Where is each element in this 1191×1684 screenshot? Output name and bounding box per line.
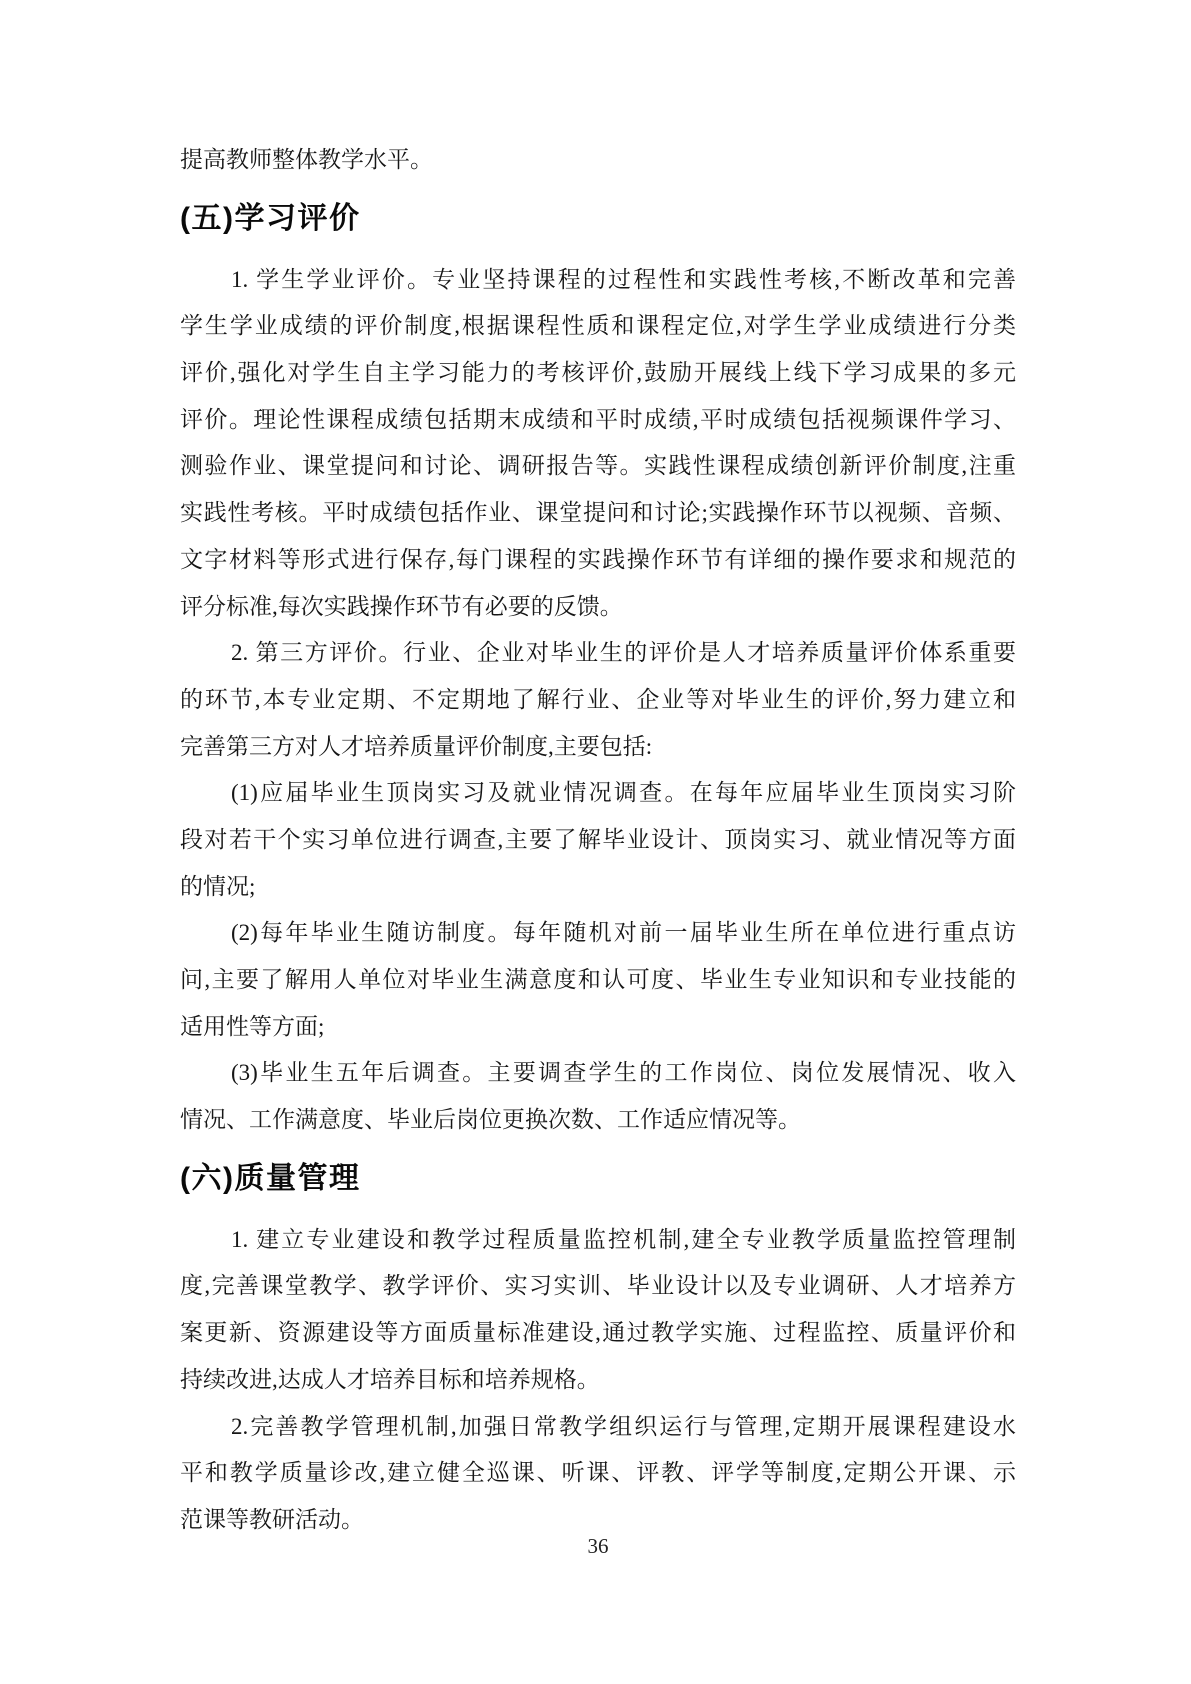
document-page: 提高教师整体教学水平。(五)学习评价1. 学生学业评价。专业坚持课程的过程性和实… [0, 0, 1191, 1684]
text-line: 测验作业、课堂提问和讨论、调研报告等。实践性课程成绩创新评价制度,注重 [180, 443, 1016, 490]
page-footer: 36 [180, 1531, 1016, 1561]
document-body: 提高教师整体教学水平。(五)学习评价1. 学生学业评价。专业坚持课程的过程性和实… [180, 137, 1016, 1544]
text-line: 案更新、资源建设等方面质量标准建设,通过教学实施、过程监控、质量评价和 [180, 1310, 1016, 1357]
text-line: 2.完善教学管理机制,加强日常教学组织运行与管理,定期开展课程建设水 [180, 1404, 1016, 1451]
text-line: 评价。理论性课程成绩包括期末成绩和平时成绩,平时成绩包括视频课件学习、 [180, 397, 1016, 444]
text-line: (2)每年毕业生随访制度。每年随机对前一届毕业生所在单位进行重点访 [180, 910, 1016, 957]
text-line: 的情况; [180, 864, 1016, 911]
text-line: 实践性考核。平时成绩包括作业、课堂提问和讨论;实践操作环节以视频、音频、 [180, 490, 1016, 537]
text-line: 1. 建立专业建设和教学过程质量监控机制,建全专业教学质量监控管理制 [180, 1217, 1016, 1264]
text-line: 评价,强化对学生自主学习能力的考核评价,鼓励开展线上线下学习成果的多元 [180, 350, 1016, 397]
text-line: 度,完善课堂教学、教学评价、实习实训、毕业设计以及专业调研、人才培养方 [180, 1263, 1016, 1310]
text-line: 持续改进,达成人才培养目标和培养规格。 [180, 1357, 1016, 1404]
text-line: 学生学业成绩的评价制度,根据课程性质和课程定位,对学生学业成绩进行分类 [180, 303, 1016, 350]
text-line: 适用性等方面; [180, 1004, 1016, 1051]
page-number: 36 [588, 1534, 609, 1558]
text-line: 评分标准,每次实践操作环节有必要的反馈。 [180, 584, 1016, 631]
text-line: (1)应届毕业生顶岗实习及就业情况调查。在每年应届毕业生顶岗实习阶 [180, 770, 1016, 817]
text-line: 问,主要了解用人单位对毕业生满意度和认可度、毕业生专业知识和专业技能的 [180, 957, 1016, 1004]
text-line: 情况、工作满意度、毕业后岗位更换次数、工作适应情况等。 [180, 1097, 1016, 1144]
text-line: 完善第三方对人才培养质量评价制度,主要包括: [180, 724, 1016, 771]
text-line: 提高教师整体教学水平。 [180, 137, 1016, 184]
text-line: (3)毕业生五年后调查。主要调查学生的工作岗位、岗位发展情况、收入 [180, 1050, 1016, 1097]
text-line: 平和教学质量诊改,建立健全巡课、听课、评教、评学等制度,定期公开课、示 [180, 1450, 1016, 1497]
text-line: 2. 第三方评价。行业、企业对毕业生的评价是人才培养质量评价体系重要 [180, 630, 1016, 677]
section-heading: (六)质量管理 [180, 1154, 1016, 1204]
text-line: 段对若干个实习单位进行调查,主要了解毕业设计、顶岗实习、就业情况等方面 [180, 817, 1016, 864]
section-heading: (五)学习评价 [180, 194, 1016, 244]
text-line: 1. 学生学业评价。专业坚持课程的过程性和实践性考核,不断改革和完善 [180, 257, 1016, 304]
text-line: 文字材料等形式进行保存,每门课程的实践操作环节有详细的操作要求和规范的 [180, 537, 1016, 584]
text-line: 的环节,本专业定期、不定期地了解行业、企业等对毕业生的评价,努力建立和 [180, 677, 1016, 724]
